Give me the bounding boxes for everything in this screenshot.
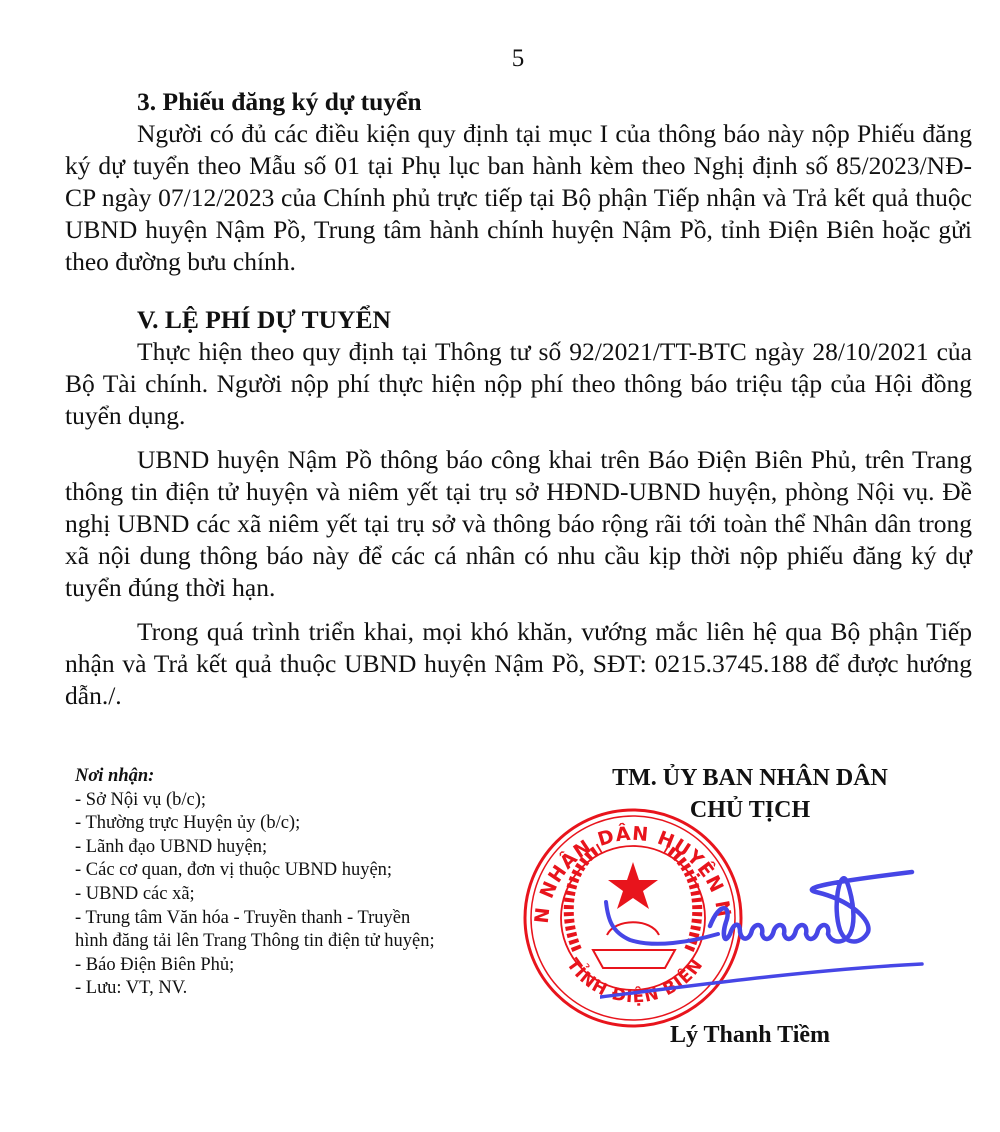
signer-name: Lý Thanh Tiềm — [560, 1019, 940, 1051]
recipient-item: - Lãnh đạo UBND huyện; — [75, 836, 435, 860]
signature-org-line: TM. ỦY BAN NHÂN DÂN — [560, 762, 940, 794]
section-v-heading: V. LỆ PHÍ DỰ TUYỂN — [137, 304, 391, 336]
announcement-paragraph: UBND huyện Nậm Pồ thông báo công khai tr… — [65, 444, 972, 604]
recipient-item: - Lưu: VT, NV. — [75, 977, 435, 1001]
fee-paragraph: Thực hiện theo quy định tại Thông tư số … — [65, 336, 972, 432]
recipient-item: hình đăng tải lên Trang Thông tin điện t… — [75, 930, 435, 954]
recipient-item: - Thường trực Huyện ủy (b/c); — [75, 812, 435, 836]
recipient-item: - Các cơ quan, đơn vị thuộc UBND huyện; — [75, 859, 435, 883]
recipient-item: - Sở Nội vụ (b/c); — [75, 789, 435, 813]
section-v-body: Thực hiện theo quy định tại Thông tư số … — [65, 336, 972, 712]
contact-paragraph: Trong quá trình triển khai, mọi khó khăn… — [65, 616, 972, 712]
recipients-list: Nơi nhận: - Sở Nội vụ (b/c); - Thường tr… — [75, 765, 435, 1001]
handwritten-signature-icon — [600, 860, 930, 1020]
section-3-heading: 3. Phiếu đăng ký dự tuyển — [137, 86, 422, 118]
section-3-paragraph: Người có đủ các điều kiện quy định tại m… — [65, 118, 972, 278]
section-3-body: Người có đủ các điều kiện quy định tại m… — [65, 118, 972, 278]
recipient-item: - Báo Điện Biên Phủ; — [75, 954, 435, 978]
page-number: 5 — [0, 44, 1000, 74]
recipient-item: - UBND các xã; — [75, 883, 435, 907]
recipients-title: Nơi nhận: — [75, 765, 435, 789]
recipient-item: - Trung tâm Văn hóa - Truyền thanh - Tru… — [75, 907, 435, 931]
